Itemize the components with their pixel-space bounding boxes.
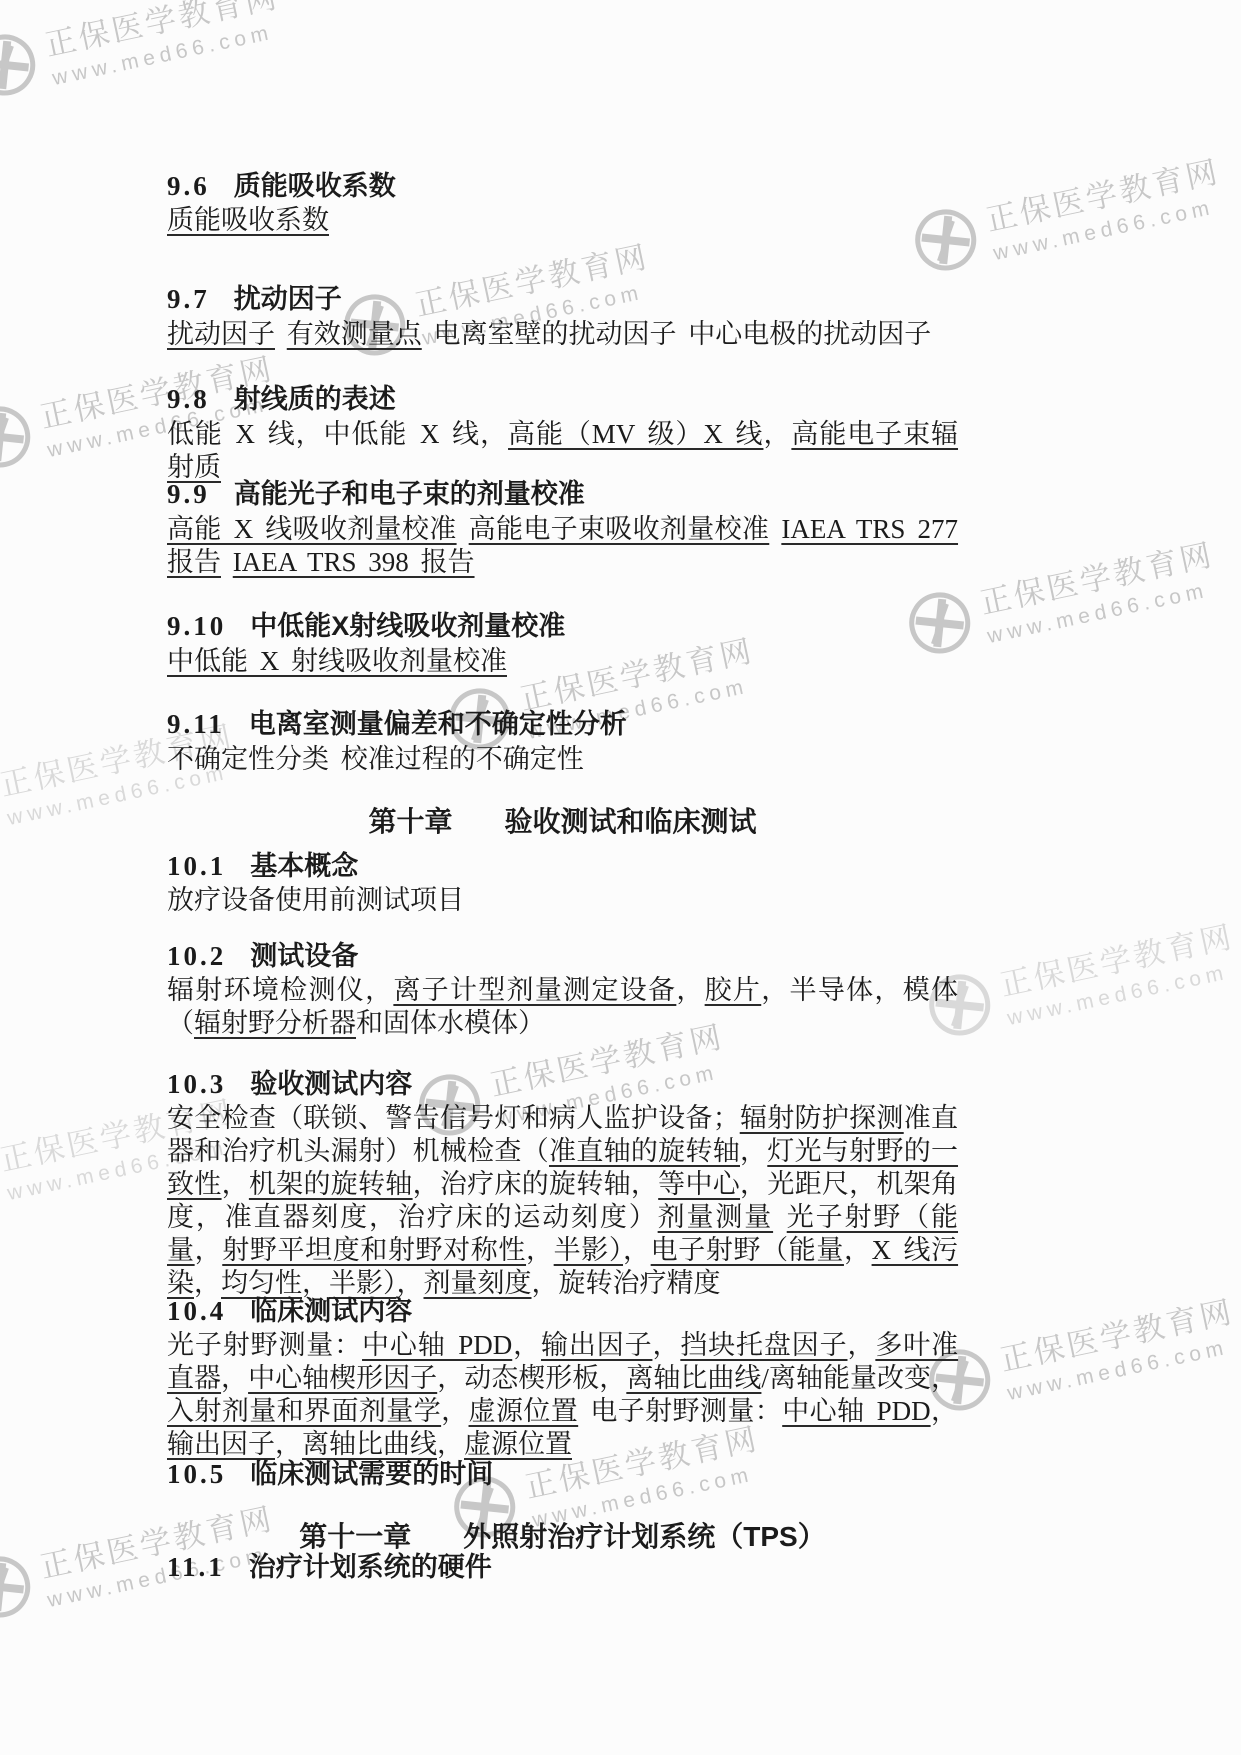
text-segment bbox=[773, 1202, 787, 1232]
text-segment: 和固体水模体） bbox=[356, 1008, 545, 1038]
section-number: 第十章 bbox=[368, 806, 452, 837]
paragraph: 低能 X 线，中低能 X 线，高能（MV 级）X 线，高能电子束辐射质 bbox=[167, 418, 958, 484]
section-number: 10.5 bbox=[167, 1459, 226, 1489]
text-segment: ， bbox=[512, 1330, 541, 1360]
paragraph: 高能 X 线吸收剂量校准 高能电子束吸收剂量校准 IAEA TRS 277 报告… bbox=[167, 513, 958, 579]
text-segment bbox=[221, 547, 233, 577]
text-segment: 电离室壁的扰动因子 中心电极的扰动因子 bbox=[422, 319, 932, 349]
section-number: 第十一章 bbox=[299, 1521, 411, 1552]
underlined-term: 离轴比曲线 bbox=[626, 1363, 761, 1393]
underlined-term: 质能吸收系数 bbox=[167, 205, 329, 235]
section-heading: 10.2测试设备 bbox=[167, 940, 958, 973]
section-title: 扰动因子 bbox=[234, 284, 342, 314]
text-segment: 电子射野测量： bbox=[578, 1396, 782, 1426]
text-segment: 放疗设备使用前测试项目 bbox=[167, 885, 464, 915]
underlined-term: 胶片 bbox=[705, 975, 762, 1005]
watermark: 正保医学教育网 www.med66.com bbox=[921, 1286, 1241, 1422]
text-segment: ， bbox=[275, 1429, 302, 1459]
text-segment: 安全检查（联锁、警告信号灯和病人监护设备； bbox=[167, 1103, 740, 1133]
section-title: 高能光子和电子束的剂量校准 bbox=[234, 479, 585, 509]
watermark-brand-text: 正保医学教育网 bbox=[975, 529, 1217, 622]
underlined-term: 剂量测量 bbox=[658, 1202, 773, 1232]
underlined-term: 输出因子 bbox=[167, 1429, 275, 1459]
underlined-term: 入射剂量和界面剂量学 bbox=[167, 1396, 441, 1426]
section-number: 9.9 bbox=[167, 479, 210, 509]
section-number: 9.7 bbox=[167, 284, 210, 314]
text-segment: 光子射野测量： bbox=[167, 1330, 362, 1360]
section-title: 临床测试内容 bbox=[250, 1296, 412, 1326]
section-number: 10.4 bbox=[167, 1296, 226, 1326]
document-page: 正保医学教育网 www.med66.com 正保医学教育网 www.med66.… bbox=[0, 0, 1241, 1755]
underlined-term: 高能（MV 级）X 线 bbox=[508, 419, 763, 449]
section-heading: 9.10中低能X射线吸收剂量校准 bbox=[167, 610, 958, 643]
underlined-term: 输出因子 bbox=[541, 1330, 652, 1360]
med66-logo-icon bbox=[0, 1549, 38, 1625]
underlined-term: 辐射防护探测 bbox=[740, 1103, 904, 1133]
underlined-term: 中心轴 PDD bbox=[782, 1396, 930, 1426]
section-number: 9.11 bbox=[167, 709, 225, 739]
section-heading: 10.1基本概念 bbox=[167, 850, 958, 883]
paragraph: 扰动因子 有效测量点 电离室壁的扰动因子 中心电极的扰动因子 bbox=[167, 318, 958, 351]
section-title: 治疗计划系统的硬件 bbox=[249, 1552, 492, 1582]
underlined-term: 中低能 X 射线吸收剂量校准 bbox=[167, 646, 507, 676]
watermark-text: 正保医学教育网 www.med66.com bbox=[981, 146, 1229, 266]
underlined-term: 有效测量点 bbox=[287, 319, 422, 349]
section-title: 中低能X射线吸收剂量校准 bbox=[250, 611, 565, 641]
text-segment: ， bbox=[847, 1330, 875, 1360]
text-segment: ， bbox=[221, 1363, 248, 1393]
section-title: 测试设备 bbox=[250, 941, 358, 971]
watermark-url-text: www.med66.com bbox=[1005, 1333, 1241, 1406]
section-number: 10.3 bbox=[167, 1069, 226, 1099]
watermark-url-text: www.med66.com bbox=[991, 193, 1229, 266]
underlined-term: 高能电子束吸收剂量校准 bbox=[469, 514, 770, 544]
watermark-brand-text: 正保医学教育网 bbox=[40, 0, 282, 65]
text-segment: ， bbox=[441, 1396, 468, 1426]
underlined-term: 剂量刻度 bbox=[424, 1268, 532, 1298]
underlined-term: 高能 X 线吸收剂量校准 bbox=[167, 514, 457, 544]
text-segment: ， bbox=[437, 1429, 464, 1459]
section-title: 射线质的表述 bbox=[234, 384, 396, 414]
underlined-term: 挡块托盘因子 bbox=[680, 1330, 847, 1360]
text-segment: ， bbox=[763, 419, 791, 449]
watermark-brand-text: 正保医学教育网 bbox=[981, 146, 1223, 239]
text-segment: ， bbox=[652, 1330, 680, 1360]
text-segment: ，旋转治疗精度 bbox=[532, 1268, 721, 1298]
section-title: 验收测试和临床测试 bbox=[505, 806, 757, 837]
text-segment bbox=[275, 319, 287, 349]
section-heading: 11.1治疗计划系统的硬件 bbox=[167, 1551, 958, 1584]
section-number: 9.10 bbox=[167, 611, 226, 641]
paragraph: 辐射环境检测仪，离子计型剂量测定设备，胶片，半导体，模体（辐射野分析器和固体水模… bbox=[167, 974, 958, 1040]
watermark-url-text: www.med66.com bbox=[1005, 958, 1241, 1031]
underlined-term: 离子计型剂量测定设备 bbox=[393, 975, 676, 1005]
watermark-brand-text: 正保医学教育网 bbox=[995, 911, 1237, 1004]
section-title: 质能吸收系数 bbox=[234, 171, 396, 201]
section-heading: 9.7扰动因子 bbox=[167, 283, 958, 316]
med66-logo-icon bbox=[0, 27, 43, 103]
watermark-text: 正保医学教育网 www.med66.com bbox=[995, 911, 1241, 1031]
underlined-term: 机架的旋转轴 bbox=[249, 1169, 413, 1199]
section-number: 11.1 bbox=[167, 1552, 225, 1582]
section-heading: 10.5临床测试需要的时间 bbox=[167, 1458, 958, 1491]
watermark-url-text: www.med66.com bbox=[985, 576, 1223, 649]
text-segment: ，治疗床的旋转轴， bbox=[413, 1169, 659, 1199]
underlined-term: 虚源位置 bbox=[469, 1396, 579, 1426]
underlined-term: 射野平坦度和射野对称性 bbox=[222, 1235, 526, 1265]
text-segment: ， bbox=[194, 1268, 221, 1298]
chapter-heading: 第十一章外照射治疗计划系统（TPS） bbox=[167, 1520, 958, 1554]
section-heading: 9.11电离室测量偏差和不确定性分析 bbox=[167, 708, 958, 741]
watermark-text: 正保医学教育网 www.med66.com bbox=[40, 0, 288, 91]
text-segment: ， bbox=[844, 1235, 872, 1265]
underlined-term: 虚源位置 bbox=[464, 1429, 572, 1459]
underlined-term: 扰动因子 bbox=[167, 319, 275, 349]
underlined-term: 中心轴楔形因子 bbox=[248, 1363, 437, 1393]
section-heading: 9.8射线质的表述 bbox=[167, 383, 958, 416]
watermark: 正保医学教育网 www.med66.com bbox=[0, 0, 288, 107]
section-number: 10.2 bbox=[167, 941, 226, 971]
watermark-text: 正保医学教育网 www.med66.com bbox=[975, 529, 1223, 649]
text-segment bbox=[457, 514, 469, 544]
watermark: 正保医学教育网 www.med66.com bbox=[921, 911, 1241, 1047]
underlined-term: 中心轴 PDD bbox=[362, 1330, 512, 1360]
section-heading: 10.4临床测试内容 bbox=[167, 1295, 958, 1328]
paragraph: 放疗设备使用前测试项目 bbox=[167, 884, 958, 917]
underlined-term: 均匀性 bbox=[221, 1268, 302, 1298]
text-segment: ， bbox=[302, 1268, 329, 1298]
section-title: 验收测试内容 bbox=[250, 1069, 412, 1099]
text-segment: 低能 X 线，中低能 X 线， bbox=[167, 419, 508, 449]
section-number: 9.6 bbox=[167, 171, 210, 201]
paragraph: 中低能 X 射线吸收剂量校准 bbox=[167, 645, 958, 678]
section-heading: 9.9高能光子和电子束的剂量校准 bbox=[167, 478, 958, 511]
text-segment: ， bbox=[222, 1169, 249, 1199]
underlined-term: 半影） bbox=[329, 1268, 397, 1298]
paragraph: 安全检查（联锁、警告信号灯和病人监护设备；辐射防护探测准直器和治疗机头漏射）机械… bbox=[167, 1102, 958, 1300]
text-segment: ， bbox=[526, 1235, 554, 1265]
text-segment: ， bbox=[740, 1136, 767, 1166]
text-segment: /离轴能量改变， bbox=[761, 1363, 958, 1393]
underlined-term: 电子射野（能量 bbox=[651, 1235, 844, 1265]
underlined-term: 半影） bbox=[554, 1235, 623, 1265]
underlined-term: 离轴比曲线 bbox=[302, 1429, 437, 1459]
med66-logo-icon bbox=[0, 399, 38, 475]
section-title: 电离室测量偏差和不确定性分析 bbox=[249, 709, 627, 739]
paragraph: 光子射野测量：中心轴 PDD，输出因子，挡块托盘因子，多叶准直器，中心轴楔形因子… bbox=[167, 1329, 958, 1461]
watermark-brand-text: 正保医学教育网 bbox=[995, 1286, 1237, 1379]
paragraph: 质能吸收系数 bbox=[167, 204, 958, 237]
section-heading: 9.6质能吸收系数 bbox=[167, 170, 958, 203]
text-segment: ， bbox=[195, 1235, 223, 1265]
section-title: 外照射治疗计划系统（TPS） bbox=[463, 1521, 825, 1552]
watermark-text: 正保医学教育网 www.med66.com bbox=[995, 1286, 1241, 1406]
section-heading: 10.3验收测试内容 bbox=[167, 1068, 958, 1101]
text-segment: 辐射环境检测仪， bbox=[167, 975, 393, 1005]
section-number: 9.8 bbox=[167, 384, 210, 414]
watermark-url-text: www.med66.com bbox=[50, 18, 288, 91]
underlined-term: 准直轴的旋转轴 bbox=[549, 1136, 740, 1166]
text-segment: 不确定性分类 校准过程的不确定性 bbox=[167, 744, 584, 774]
underlined-term: IAEA TRS 398 报告 bbox=[233, 547, 475, 577]
section-title: 临床测试需要的时间 bbox=[250, 1459, 493, 1489]
paragraph: 不确定性分类 校准过程的不确定性 bbox=[167, 743, 958, 776]
text-segment: ，动态楔形板， bbox=[437, 1363, 626, 1393]
section-title: 基本概念 bbox=[250, 851, 358, 881]
underlined-term: 辐射野分析器 bbox=[194, 1008, 356, 1038]
underlined-term: 等中心 bbox=[658, 1169, 740, 1199]
text-segment: ， bbox=[623, 1235, 651, 1265]
text-segment bbox=[769, 514, 781, 544]
section-number: 10.1 bbox=[167, 851, 226, 881]
text-segment: ， bbox=[931, 1396, 958, 1426]
text-segment: ， bbox=[676, 975, 704, 1005]
text-segment: ， bbox=[397, 1268, 424, 1298]
chapter-heading: 第十章验收测试和临床测试 bbox=[167, 805, 958, 839]
